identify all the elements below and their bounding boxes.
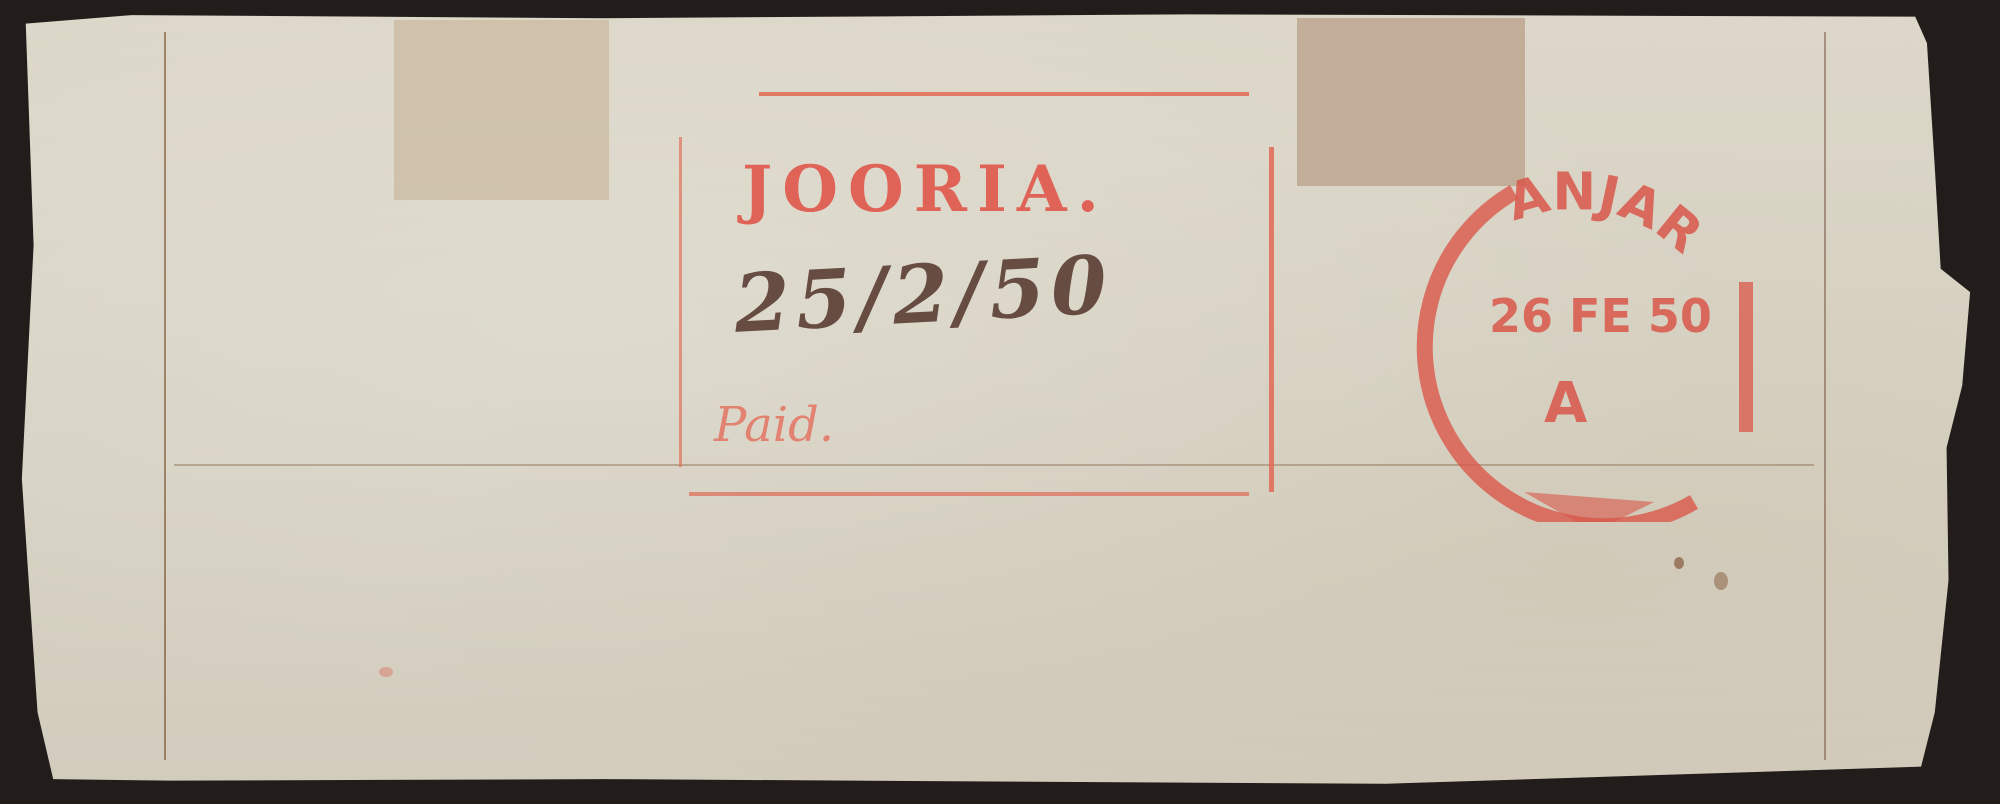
datestamp-town: ANJAR <box>1501 162 1714 265</box>
stain-speck <box>1674 557 1684 569</box>
right-fold-line <box>1824 32 1826 760</box>
ink-speck <box>379 667 393 677</box>
box-left-line <box>679 137 682 467</box>
handstamp-town-name: JOORIA. <box>742 152 1109 227</box>
box-bottom-line <box>689 492 1249 496</box>
box-top-line <box>759 92 1249 96</box>
datestamp-code: A <box>1544 371 1588 436</box>
postal-cover: JOORIA. 25/2/50 Paid. ANJAR 26 FE 50 A <box>14 12 1974 790</box>
circular-datestamp: ANJAR 26 FE 50 A <box>1394 132 1784 522</box>
box-right-line <box>1269 147 1274 492</box>
manuscript-date: 25/2/50 <box>732 237 1115 351</box>
tape-stain-left <box>394 20 609 200</box>
datestamp-date: 26 FE 50 <box>1489 289 1712 343</box>
left-fold-line <box>164 32 166 760</box>
stain-speck <box>1714 572 1728 590</box>
paid-mark: Paid. <box>714 397 834 453</box>
